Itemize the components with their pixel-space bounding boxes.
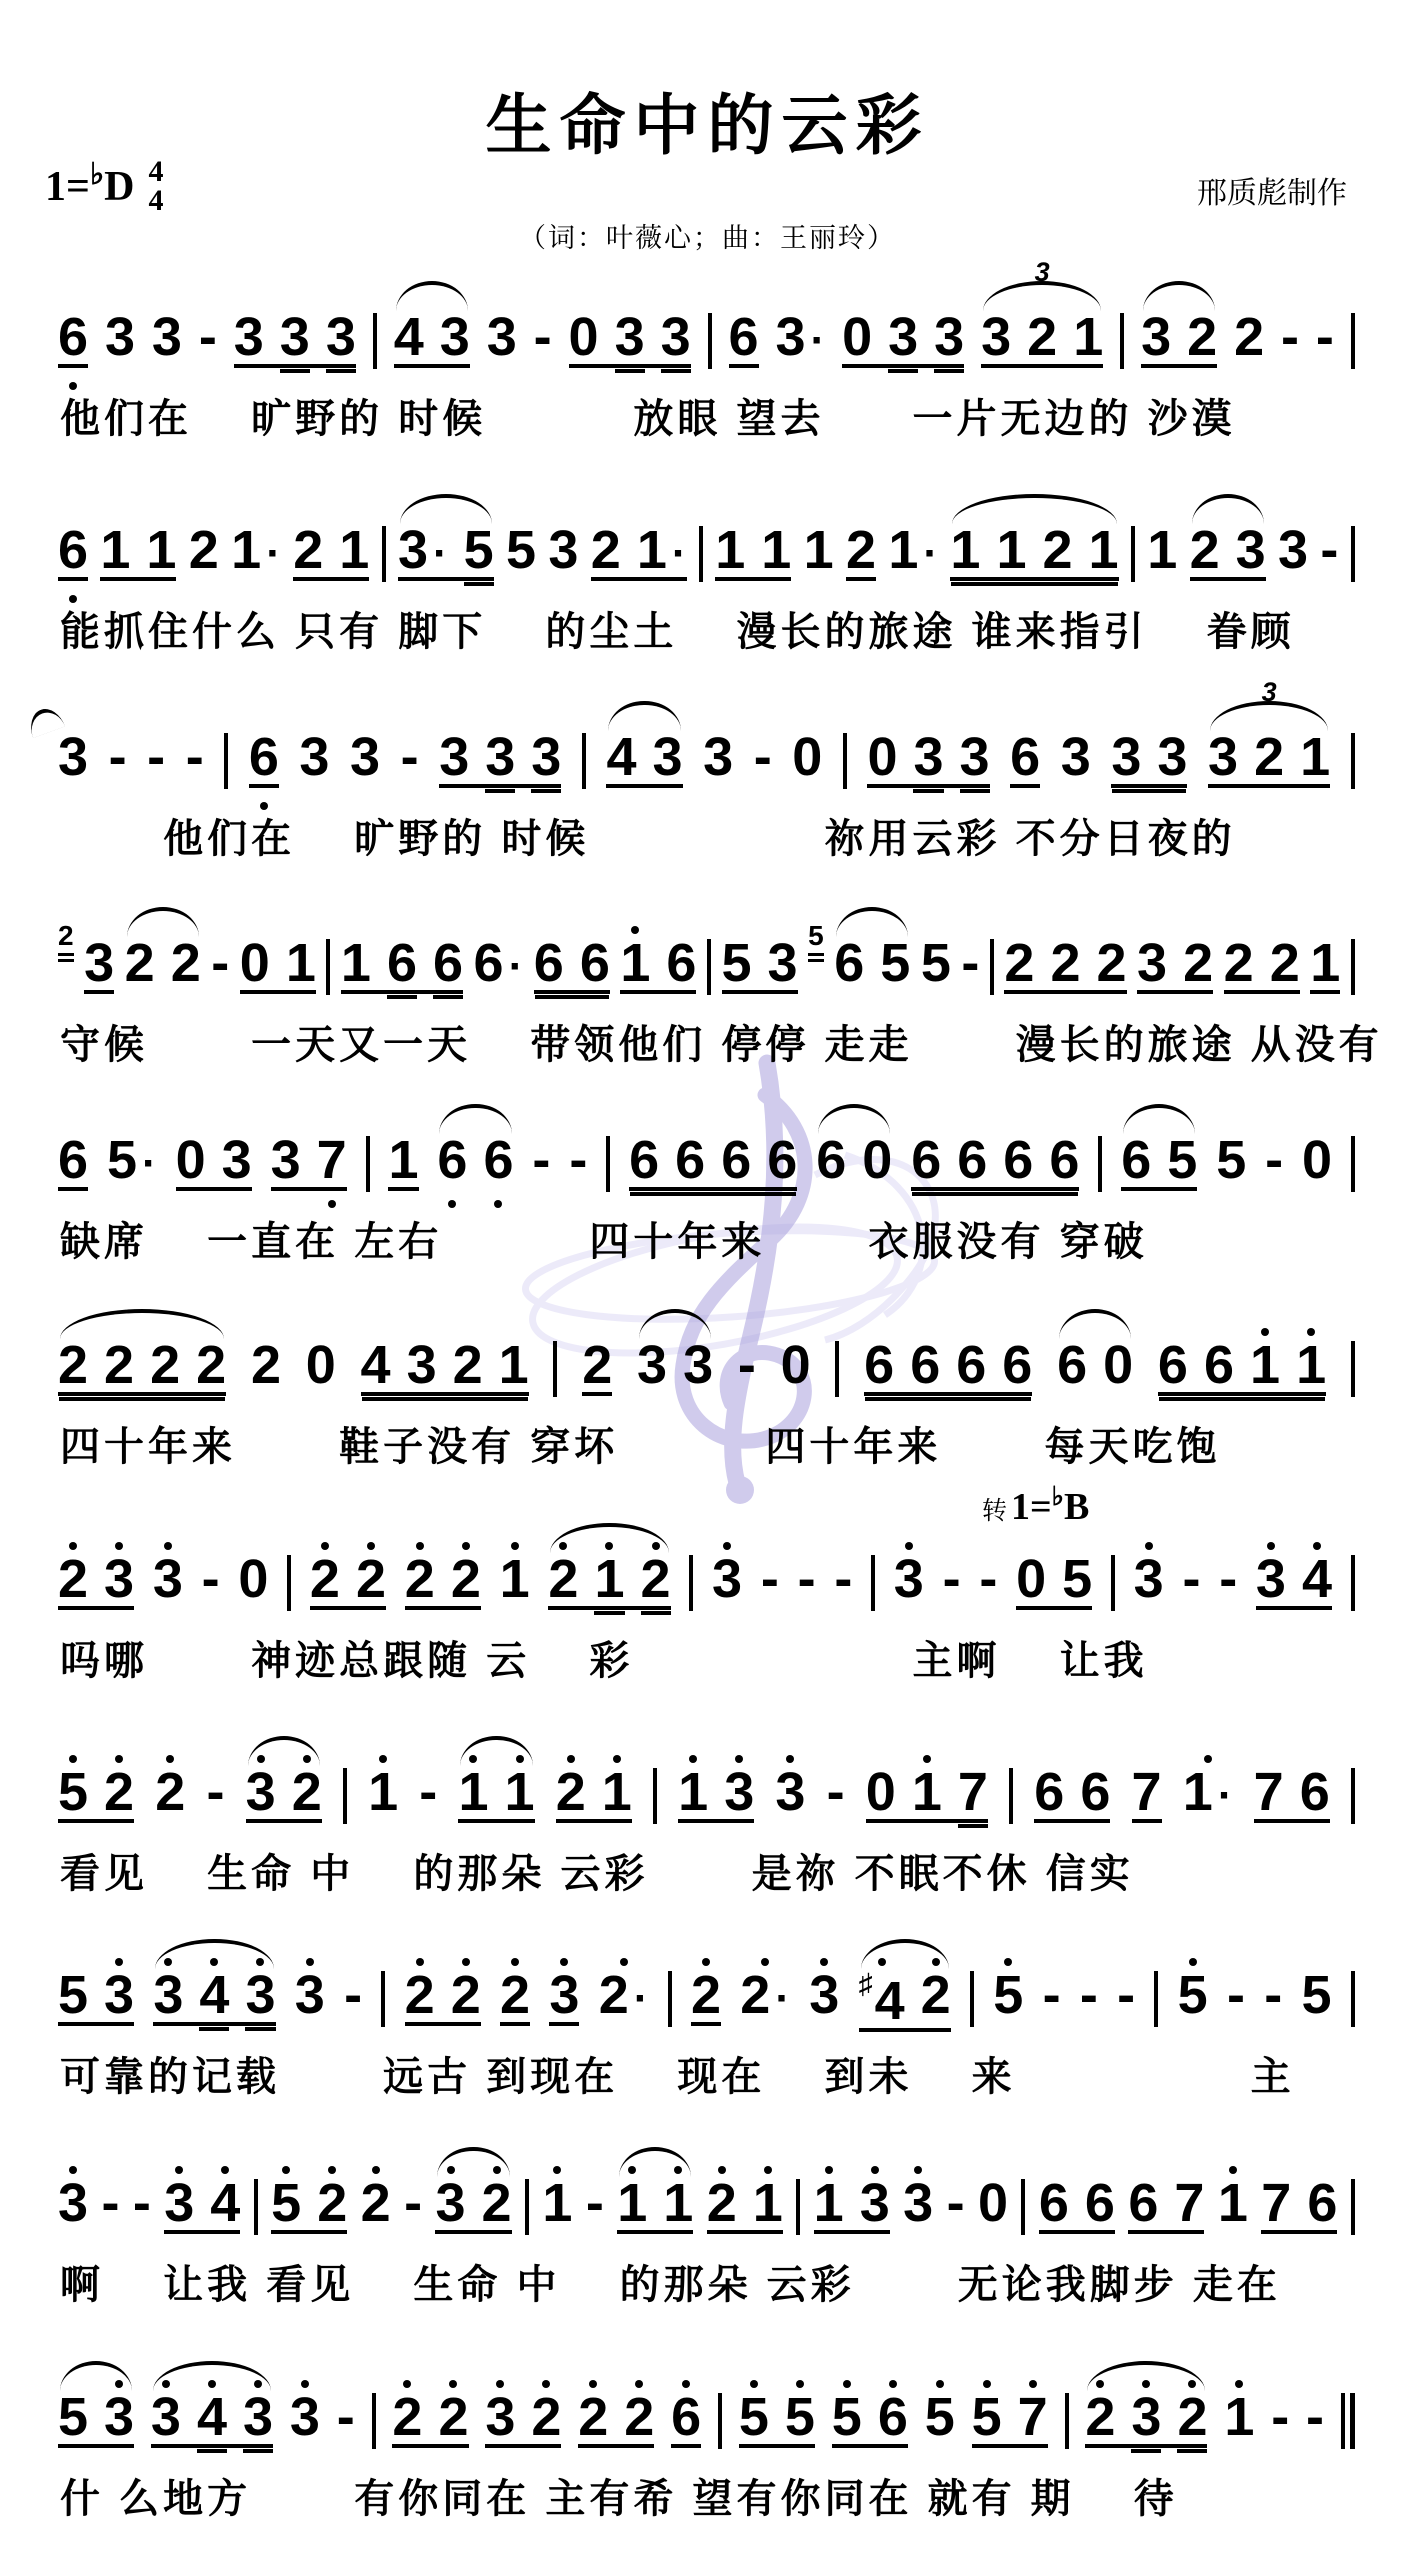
- beam-group: 66: [437, 1138, 513, 1182]
- note: 3: [326, 315, 356, 359]
- beam-group: 3213: [981, 315, 1103, 368]
- note: 6: [433, 941, 463, 985]
- note: 2: [58, 925, 74, 948]
- high-octave-dot: [175, 2166, 183, 2174]
- note: 3: [703, 735, 733, 779]
- note: 6: [1057, 1343, 1087, 1387]
- note: 3: [1141, 315, 1171, 359]
- note: 3: [549, 1973, 579, 2026]
- dash-note: -: [738, 1343, 756, 1387]
- high-octave-dot: [1267, 1542, 1275, 1550]
- high-octave-dot: [416, 1958, 424, 1966]
- note: 2: [578, 2395, 608, 2439]
- barline: [1154, 1971, 1158, 2027]
- high-octave-dot: [613, 1755, 621, 1763]
- note: 1: [678, 1770, 708, 1814]
- high-octave-dot: [682, 2380, 690, 2388]
- high-octave-dot: [511, 1958, 519, 1966]
- high-octave-dot: [542, 2380, 550, 2388]
- augmentation-dot: ·: [672, 529, 687, 578]
- barline: [990, 939, 994, 995]
- high-octave-dot: [115, 1755, 123, 1763]
- note: 3: [271, 1138, 301, 1182]
- barline: [1351, 1971, 1355, 2027]
- high-octave-dot: [372, 2166, 380, 2174]
- dash-note: -: [344, 1973, 362, 2017]
- beam-group: 43: [606, 735, 682, 788]
- note: 2: [1004, 941, 1034, 985]
- note: 6: [911, 1138, 941, 1182]
- dash-note: -: [337, 2395, 355, 2439]
- note: 1: [1224, 2395, 1254, 2439]
- beam-group: 343: [153, 1973, 275, 2026]
- high-octave-dot: [983, 2380, 991, 2388]
- note: 7: [1261, 2181, 1291, 2225]
- note: 6: [534, 941, 564, 985]
- slur-arc: [60, 2361, 132, 2391]
- high-octave-dot: [923, 1755, 931, 1763]
- high-octave-dot: [69, 1755, 77, 1763]
- note: 3: [246, 1770, 276, 1814]
- beam-line: [1177, 2449, 1207, 2453]
- beam-line: [464, 582, 494, 586]
- note: 3: [934, 315, 964, 359]
- beam-line: [808, 959, 824, 962]
- barline: [254, 2179, 258, 2235]
- rest-note: 0: [781, 1343, 811, 1387]
- note: 2: [1270, 941, 1300, 985]
- note: 3: [888, 315, 918, 359]
- note: 4: [394, 315, 424, 359]
- note: 3: [152, 315, 182, 359]
- music-system-8: 522-321-1121133-0176671·76看见 生命 中 的那朵 云彩…: [58, 1770, 1355, 1830]
- dash-note: -: [569, 1138, 587, 1182]
- beam-line: [535, 995, 609, 999]
- high-octave-dot: [702, 1958, 710, 1966]
- barline: [1351, 526, 1355, 582]
- dash-note: -: [1117, 1973, 1135, 2017]
- dash-note: -: [834, 1557, 852, 1601]
- high-octave-dot: [306, 1958, 314, 1966]
- dash-note: -: [947, 2181, 965, 2225]
- beam-group: 22: [1224, 941, 1300, 994]
- note: 3: [245, 1973, 275, 2017]
- music-system-6: 2222204321233-06666606611四十年来 鞋子没有 穿坏 四十…: [58, 1343, 1355, 1403]
- beam-line: [865, 1397, 1031, 1401]
- time-signature: 4 4: [148, 158, 163, 215]
- beam-group: 65: [834, 941, 910, 985]
- note: 2: [405, 1557, 435, 1601]
- note: 5: [58, 1973, 88, 2017]
- barline: [382, 526, 386, 582]
- high-octave-dot: [115, 1542, 123, 1550]
- note: 2: [125, 941, 155, 985]
- augmentation-dot: ·: [142, 1139, 157, 1188]
- note: 6: [729, 315, 759, 368]
- note: 3: [295, 1973, 325, 2017]
- note: 2: [196, 1343, 226, 1387]
- beam-line: [615, 369, 645, 373]
- note: 1: [505, 1770, 535, 1814]
- beam-group: 52: [271, 2181, 347, 2234]
- note: 2: [104, 1343, 134, 1387]
- beam-group: 34: [164, 2181, 240, 2234]
- note: 6: [1010, 735, 1040, 788]
- beam-line: [960, 789, 990, 793]
- note: 2: [293, 528, 323, 572]
- note: 3: [981, 315, 1011, 359]
- beam-group: ♯42: [859, 1973, 951, 2032]
- rest-note: 0: [867, 735, 897, 779]
- dash-note: -: [401, 735, 419, 779]
- barline: [1111, 1555, 1115, 1611]
- barline: [1351, 313, 1355, 369]
- note: 3: [104, 1557, 134, 1601]
- note: 3: [105, 315, 135, 359]
- note: 1·: [231, 528, 281, 572]
- high-octave-dot: [1307, 1328, 1315, 1336]
- note: 1·: [888, 528, 938, 572]
- slur-arc: [127, 907, 199, 937]
- note: 1: [100, 528, 130, 572]
- beam-group: 6666: [911, 1138, 1079, 1191]
- slur-arc: [155, 1939, 273, 1969]
- rest-note: 0: [978, 2181, 1008, 2225]
- note: 6: [666, 941, 696, 985]
- high-octave-dot: [936, 2380, 944, 2388]
- note: 2: [150, 1343, 180, 1387]
- note: 1: [1218, 2181, 1248, 2225]
- note: 6: [629, 1138, 659, 1182]
- sharp-accidental: ♯: [859, 1968, 873, 1999]
- rest-note: 0: [792, 735, 822, 779]
- note: 3: [1236, 528, 1266, 572]
- flat-icon: ♭: [90, 157, 104, 192]
- dash-note: -: [586, 2181, 604, 2225]
- dash-note: -: [532, 1138, 550, 1182]
- barline: [689, 1555, 693, 1611]
- beam-line: [808, 953, 824, 956]
- slur-arc: [836, 907, 908, 937]
- beam-group: 76: [1254, 1770, 1330, 1823]
- beam-group: 11: [458, 1770, 534, 1823]
- high-octave-dot: [496, 2380, 504, 2388]
- note: 2: [405, 1973, 435, 2017]
- note: 1: [761, 528, 791, 572]
- beam-line: [433, 995, 463, 999]
- lyrics-line-3: 他们在 旷野的 时候 祢用云彩 不分日夜的: [60, 807, 1236, 864]
- note: 3: [903, 2181, 933, 2225]
- barline: [1021, 2179, 1025, 2235]
- note: 2: [1224, 941, 1254, 985]
- note: 6: [387, 941, 417, 985]
- lyricist-composer-subtitle: （词：叶薇心；曲：王丽玲）: [0, 216, 1415, 255]
- lyrics-line-1: 他们在 旷野的 时候 放眼 望去 一片无边的 沙漠: [60, 387, 1236, 444]
- barline: [287, 1555, 291, 1611]
- lyrics-line-11: 什 么地方 有你同在 主有希 望有你同在 就有 期 待: [60, 2467, 1178, 2524]
- high-octave-dot: [282, 2166, 290, 2174]
- beam-group: 033: [569, 315, 691, 368]
- notation-line-11: 533433-223222655565572321--: [58, 2395, 1355, 2455]
- note: 7: [1132, 1770, 1162, 1823]
- note: 2: [1187, 315, 1217, 359]
- dash-note: -: [211, 941, 229, 985]
- beam-group: 11: [617, 2181, 693, 2234]
- note: 6: [957, 1138, 987, 1182]
- beam-group: 166: [341, 941, 463, 994]
- note: 7: [1174, 2181, 1204, 2225]
- slur-arc: [861, 1939, 949, 1969]
- note: 5: [921, 941, 951, 985]
- note: 5: [925, 2395, 955, 2439]
- note: 2: [451, 1973, 481, 2017]
- note: 1: [715, 528, 745, 572]
- high-octave-dot: [1189, 1958, 1197, 1966]
- augmentation-dot: ·: [775, 1974, 790, 2023]
- dash-note: -: [534, 315, 552, 359]
- barline: [653, 1768, 657, 1824]
- barline: [1098, 1136, 1102, 1192]
- high-octave-dot: [871, 2166, 879, 2174]
- lyrics-line-7: 吗哪 神迹总跟随 云 彩 主啊 让我: [60, 1629, 1148, 1686]
- beam-group: 033: [867, 735, 989, 788]
- high-octave-dot: [786, 1755, 794, 1763]
- note: 6: [956, 1343, 986, 1387]
- barline: [525, 2179, 529, 2235]
- high-octave-dot: [69, 2166, 77, 2174]
- slur-arc: [400, 494, 492, 524]
- high-octave-dot: [1261, 1328, 1269, 1336]
- high-octave-dot: [843, 2380, 851, 2388]
- dash-note: -: [1182, 1557, 1200, 1601]
- note: 3: [960, 735, 990, 779]
- note: 2: [1027, 315, 1057, 359]
- note: 3: [84, 941, 114, 994]
- note: 2: [691, 1973, 721, 2026]
- arranger-credit: 邢质彪制作: [1197, 168, 1347, 212]
- key-signature: 1=♭D 4 4: [45, 158, 163, 215]
- dash-note: -: [761, 1557, 779, 1601]
- beam-group: 23: [1190, 528, 1266, 581]
- beam-group: 56: [832, 2395, 908, 2448]
- barline: [1351, 1341, 1355, 1397]
- barline: [326, 939, 330, 995]
- beam-line: [245, 2027, 275, 2031]
- dash-note: -: [419, 1770, 437, 1814]
- beam-line: [888, 369, 918, 373]
- rest-note: 0: [1016, 1557, 1046, 1601]
- note: 3: [548, 528, 578, 572]
- barline: [224, 733, 228, 789]
- note: 2: [58, 1557, 88, 1601]
- note: 2: [531, 2395, 561, 2439]
- beam-group: 43: [394, 315, 470, 368]
- low-octave-dot: [328, 1200, 336, 1208]
- note: 6: [1085, 2181, 1115, 2225]
- beam-line: [531, 789, 561, 793]
- beam-group: 16: [620, 941, 696, 994]
- note: 3: [222, 1138, 252, 1182]
- dash-note: -: [1320, 528, 1338, 572]
- note: 1: [500, 1557, 530, 1601]
- dash-note: -: [1043, 1973, 1061, 2017]
- note: 3: [724, 1770, 754, 1814]
- note: 3: [1256, 1557, 1286, 1601]
- note: 2: [251, 1343, 281, 1387]
- note: 1: [996, 528, 1026, 572]
- meter-bottom: 4: [148, 187, 163, 216]
- beam-line: [913, 789, 943, 793]
- note: 3: [350, 735, 380, 779]
- note: 6: [437, 1138, 467, 1182]
- high-octave-dot: [723, 1542, 731, 1550]
- beam-line: [1131, 2449, 1161, 2453]
- note: 3: [860, 2181, 890, 2225]
- notation-line-6: 2222204321233-06666606611: [58, 1343, 1355, 1403]
- notation-line-10: 3--34522-321-1121133-06667176: [58, 2181, 1355, 2241]
- beam-group: 33: [637, 1343, 713, 1387]
- note: 2: [189, 528, 219, 572]
- note: 3: [153, 1973, 183, 2017]
- note: 1: [1310, 941, 1340, 994]
- note: 3: [299, 735, 329, 779]
- note: 7: [1018, 2395, 1048, 2439]
- barline: [1351, 733, 1355, 789]
- beam-group: 66: [1034, 1770, 1110, 1823]
- beam-group: 6666: [629, 1138, 797, 1191]
- note: 5: [832, 2395, 862, 2439]
- beam-line: [912, 1192, 1078, 1196]
- notation-line-7: 233-0222212123---3--053--34: [58, 1557, 1355, 1617]
- high-octave-dot: [825, 2166, 833, 2174]
- note: 5: [1062, 1557, 1092, 1601]
- music-system-1: 633-333433-03363·0333213322--他们在 旷野的 时候 …: [58, 315, 1355, 375]
- note: 6: [1204, 1343, 1234, 1387]
- high-octave-dot: [511, 1542, 519, 1550]
- high-octave-dot: [1229, 2166, 1237, 2174]
- music-system-5: 65·0337166--6666606666655-0缺席 一直在 左右 四十年…: [58, 1138, 1355, 1198]
- barline: [553, 1341, 557, 1397]
- high-octave-dot: [164, 1542, 172, 1550]
- note: 3: [435, 2181, 465, 2225]
- note: 6: [483, 1138, 513, 1182]
- note: 6: [1034, 1770, 1064, 1814]
- dash-note: -: [1306, 2395, 1324, 2439]
- note: 2: [1177, 2395, 1207, 2439]
- note: 3: [615, 315, 645, 359]
- high-octave-dot: [1235, 2380, 1243, 2388]
- note: 6: [58, 1138, 88, 1191]
- high-octave-dot: [1204, 1755, 1212, 1763]
- high-octave-dot: [750, 2380, 758, 2388]
- note: 1: [286, 941, 316, 985]
- augmentation-dot: ·: [266, 529, 281, 578]
- barline: [366, 1136, 370, 1192]
- beam-line: [197, 2449, 227, 2453]
- note: 6: [671, 2395, 701, 2448]
- note: 6: [878, 2395, 908, 2439]
- barline: [1351, 1136, 1355, 1192]
- barline: [1351, 2179, 1355, 2235]
- music-system-7: 233-0222212123---3--053--34吗哪 神迹总跟随 云 彩 …: [58, 1557, 1355, 1617]
- note: 1: [1296, 1343, 1326, 1387]
- note: 3: [1131, 2395, 1161, 2439]
- note: 3: [894, 1557, 924, 1601]
- slur-arc: [952, 494, 1116, 524]
- note: 1: [341, 941, 371, 985]
- beam-group: 52: [58, 1770, 134, 1823]
- high-octave-dot: [761, 1958, 769, 1966]
- augmentation-dot: ·: [811, 316, 826, 365]
- high-octave-dot: [796, 2380, 804, 2388]
- note: 3: [151, 2395, 181, 2439]
- note: 6: [1307, 2181, 1337, 2225]
- note: 3: [1061, 735, 1091, 779]
- note: 2: [361, 2181, 391, 2225]
- beam-line: [199, 2027, 229, 2031]
- beam-group: 1121: [950, 528, 1118, 581]
- note: 5: [1302, 1973, 1332, 2017]
- notation-line-9: 533433-22232·22·3♯425---5--5: [58, 1973, 1355, 2033]
- rest-note: 0: [842, 315, 872, 359]
- notation-line-2: 61121·213·55321·11121·11211233-: [58, 528, 1355, 588]
- beam-group: 343: [151, 2395, 273, 2448]
- note: 6: [834, 941, 864, 985]
- sheet-music-page: 生命中的云彩 1=♭D 4 4 邢质彪制作 （词：叶薇心；曲：王丽玲） 转1=♭…: [0, 0, 1415, 2560]
- final-barline: [1341, 2393, 1355, 2449]
- beam-line: [1112, 789, 1186, 793]
- note: 6: [580, 941, 610, 985]
- note: 3: [153, 1557, 183, 1601]
- dash-note: -: [1264, 1973, 1282, 2017]
- beam-group: 21·: [591, 528, 687, 581]
- note: 3: [637, 1343, 667, 1387]
- note: 5: [722, 941, 752, 985]
- dash-note: -: [754, 735, 772, 779]
- note: 1: [594, 1557, 624, 1601]
- barline: [1120, 313, 1124, 369]
- note: 5: [58, 1770, 88, 1814]
- note: 5·: [107, 1138, 157, 1182]
- beam-group: 4321: [361, 1343, 529, 1396]
- dash-note: -: [202, 1557, 220, 1601]
- beam-group: 32: [1141, 315, 1217, 368]
- note: 2: [1042, 528, 1072, 572]
- high-octave-dot: [905, 1542, 913, 1550]
- note: 2: [1254, 735, 1284, 779]
- note: 5: [785, 2395, 815, 2439]
- slur-arc: [1123, 1104, 1195, 1134]
- note: 5: [972, 2395, 1002, 2439]
- note: 4: [197, 2395, 227, 2439]
- beam-line: [387, 995, 417, 999]
- beam-group: 212: [548, 1557, 670, 1610]
- barline: [343, 1768, 347, 1824]
- note: 4: [361, 1343, 391, 1387]
- note: 3: [531, 735, 561, 779]
- high-octave-dot: [416, 1542, 424, 1550]
- barline: [871, 1555, 875, 1611]
- beam-line: [58, 959, 74, 962]
- lyrics-line-6: 四十年来 鞋子没有 穿坏 四十年来 每天吃饱: [60, 1415, 1220, 1472]
- slur-arc: [439, 1104, 511, 1134]
- dash-note: -: [943, 1557, 961, 1601]
- beam-group: 6666: [864, 1343, 1032, 1396]
- high-octave-dot: [635, 2380, 643, 2388]
- slur-arc: [1059, 1309, 1131, 1339]
- note: 1: [542, 2181, 572, 2225]
- rest-note: 0: [1302, 1138, 1332, 1182]
